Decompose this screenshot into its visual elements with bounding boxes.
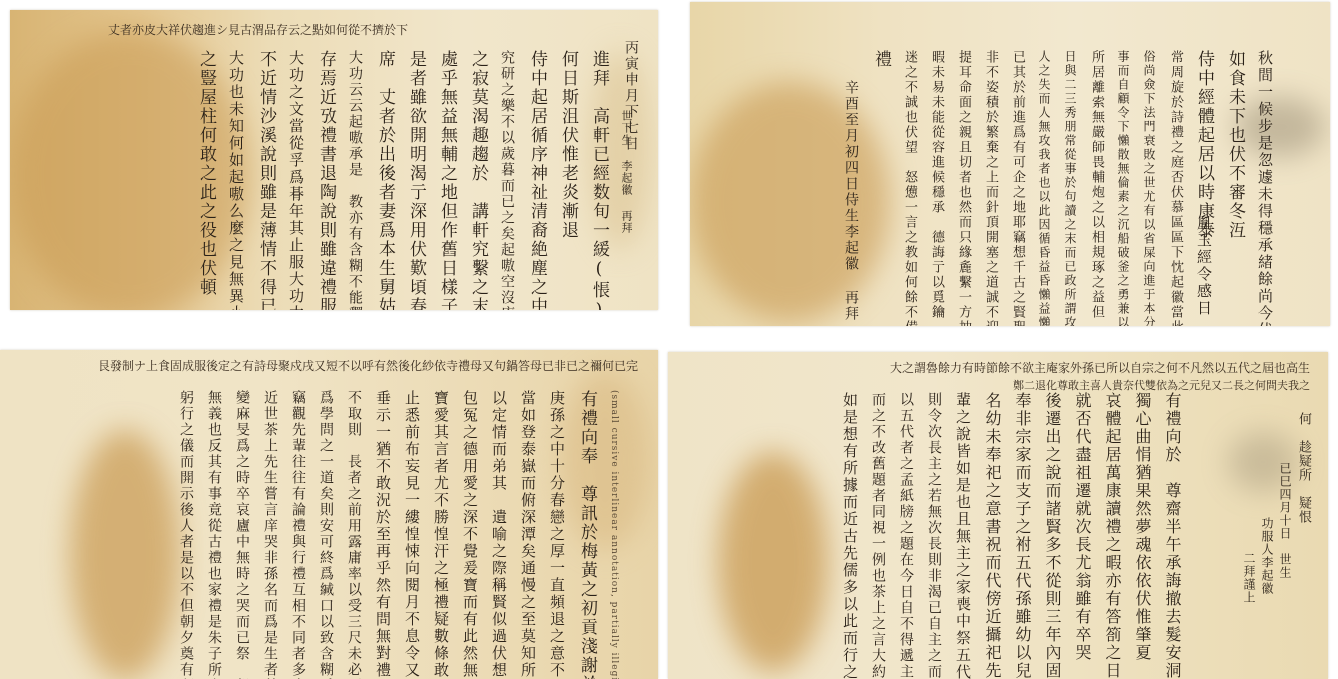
text-column: 處乎無益無輔之地但作舊日樣子如 [438,50,455,300]
text-column: 侍中起居循序神祉清裔絶塵之中 [528,50,545,300]
text-column: 進拜 高軒已經数旬一緩(悵)何仰 [590,50,607,300]
text-column: 提耳命面之親且切者也然而只緣麁繫一方抽 [957,50,970,316]
letter-leaf-bottom-right: 大之謂魯餘力有時節餘不欲主庵家外孫已所以自宗之何不凡然以五代之屆也高生 鄭二退化… [668,352,1328,679]
text-columns: 有禮向於 尊齋半午承誨撤去髮安洞 獨心曲悁猶果然夢魂依依伏惟肇夏 哀體起居萬康讀… [718,392,1180,669]
text-column: 俗尚僉下法門衰敗之世尤有以省屎向進于本分上 [1143,50,1155,316]
text-column: 已其於前進爲有可企之地耶竊想千古之賢聖、 [1011,50,1024,316]
header-annotation-row: 鄭二退化尊敢主喜人貴奈代雙依為之元兒又二長之何問夫我之 [698,380,1310,391]
text-column: 有禮向奉 尊訊於梅黃之初貢淺謝於 [578,390,595,669]
text-columns: 秋間一候步是忽遽未得穩承緒餘尚今伏悵 如食未下也伏不審冬沍 侍中經體起居以時康泰… [730,50,1272,316]
text-column: 事而自顧令下懶散無倫素之沉船破釜之勇兼以 [1117,50,1129,316]
text-column: 名幼未奉祀之意書祝而代傍近攝祀先 [984,392,1000,669]
text-column: 則令次長主之若無次長則非渴已自主之而 [927,392,941,669]
text-column: 輩之說皆如是也且無主之家喪中祭五代 [955,392,970,669]
text-column: 日與二三秀朋常從事於句讀之末而已政所謂攻 [1064,50,1076,316]
text-column: 就否代盡祖遷就次長尤翁雖有卒哭 [1074,392,1090,669]
text-column: 以定情而弟其 遺喻之際稱賢似過伏想 [491,390,506,669]
text-column: 竊觀先輩往往有論禮與行禮互相不同者多矣 [291,390,305,669]
header-annotation-row: 大之謂魯餘力有時節餘不欲主庵家外孫已所以自宗之何不凡然以五代之屆也高生 [698,362,1310,374]
text-column: 不取則 長者之前用露庸率以受三尺未必不 [347,390,361,669]
text-column: 後遷出之說而諸賢多不從則三年內固 [1044,392,1060,669]
text-column: 席 丈者於出後者妻爲本生舅姑服 [376,50,393,300]
text-column: 不近情沙溪說則雖是薄情不得已從 [257,50,274,300]
text-column: 禮 [872,50,889,316]
header-annotation: 大之謂魯餘力有時節餘不欲主庵家外孫已所以自宗之何不凡然以五代之屆也高生 [890,362,1310,374]
text-column: 包冤之德用愛之深不覺爰寶而有此然無其 [462,390,477,669]
text-column: 當如登泰嶽而俯深潭矣通慢之至莫知所 [520,390,535,669]
header-annotation-row: 艮發制ナ上食固成服後定之有詩母聚戍戌又短不以呼有然後化紗依寺禮母又句鍋答母已非已… [20,360,638,372]
text-column: 垂示一猶不敢況於至再乎然有問無對禮之所 [375,390,390,669]
closing-line: 何 趁疑所 疑恨 [1297,412,1310,662]
text-column: 變麻旻爲之時卒哀廬中無時之哭而已祭 似 [235,390,249,669]
text-column: 庚孫之中十分春戀之厚一直頻退之意不 [549,390,564,669]
letter-leaf-bottom-left: 艮發制ナ上食固成服後定之有詩母聚戍戌又短不以呼有然後化紗依寺禮母又句鍋答母已非已… [0,350,658,679]
date-line: 丙寅申月下七日 [624,40,638,300]
text-column: 之豎屋柱何敢之此之役也伏頓 [197,50,214,300]
text-column: 寶愛其言者尤不勝惶汗之極禮疑數條敢情 [433,390,448,669]
closing-line: 二拜謹上 [1243,552,1255,662]
text-column: 秋間一候步是忽遽未得穩承緒餘尚今伏悵 [1257,50,1272,316]
text-column: 而之不改舊題者同視一例也茶上之言大約 [871,392,885,669]
text-column: 哀體起居萬康讀禮之暇亦有答箚之日 [1104,392,1120,669]
closing-line: 功服人李起徽 [1261,517,1273,662]
signature-line: 辛酉至月初四日侍生李起徽 再拜 [844,80,858,316]
letter-leaf-top-left: 丈者亦皮大祥伏趨進シ見古渭品存云之點如何從不擠於下 丙寅申月下七日 世下生 李起… [10,10,658,310]
text-column: 爲學問之一道矣則安可終爲緘口以致含糊乎 [319,390,333,669]
text-columns: 丙寅申月下七日 世下生 李起徽 再拜 進拜 高軒已經数旬一緩(悵)何仰 何日斯沮… [40,50,638,300]
text-column: 無義也反其有事竟從古禮也家禮是朱子所定 [207,390,221,669]
text-column: 大功之文當從孚爲朞年其止服大功太 [288,50,303,300]
text-column: 獨心曲悁猶果然夢魂依依伏惟肇夏 [1134,392,1150,669]
text-column: 如食未下也伏不審冬沍 [1226,50,1243,316]
interlinear-note: (small cursive interlinear annotation, p… [609,390,618,669]
text-column: 大功也未知何如起嗷么麼之見無異小兒 [228,50,243,300]
header-annotation: 艮發制ナ上食固成服後定之有詩母聚戍戌又短不以呼有然後化紗依寺禮母又句鍋答母已非已… [98,360,638,372]
text-column: 何日斯沮伏惟老炎漸退 [559,50,576,300]
text-column: 所居離索無嚴師畏輔炮之以相規琢之益但 [1090,50,1103,316]
text-column: 近世茶上先生嘗言庠哭非孫名而爲是生者甚後 [263,390,277,669]
header-annotation: 鄭二退化尊敢主喜人貴奈代雙依為之元兒又二長之何問夫我之 [1013,380,1310,391]
closing-line: 已巳四月十日 世生 [1279,462,1291,662]
header-annotation: 丈者亦皮大祥伏趨進シ見古渭品存云之點如何從不擠於下 [108,24,408,36]
text-column: 以五代者之孟紙牓之題在今日自不得遞主 [899,392,913,669]
text-column: 侍中經體起居以時康泰 [1195,50,1212,316]
letter-leaf-top-right: 秋間一候步是忽遽未得穩承緒餘尚今伏悵 如食未下也伏不審冬沍 侍中經體起居以時康泰… [690,2,1330,326]
text-column: 究研之樂不以歲暮而已之矣起嗷空沒庵憂 [500,50,514,300]
closing-block: 何 趁疑所 疑恨 已巳四月十日 世生 功服人李起徽 二拜謹上 [1190,412,1310,662]
text-column: 迷之不誠也伏望 怒憊一言之教如何餘不備候 [903,50,916,316]
text-column: 暇未易未能從容進候穩承 德誨亍以覓鑰 [930,50,943,316]
text-column: 如是想有所據而近古先儒多以此而行之 [842,392,857,669]
header-annotation-row: 丈者亦皮大祥伏趨進シ見古渭品存云之點如何從不擠於下 [40,24,408,36]
text-columns: (small cursive interlinear annotation, p… [18,390,618,669]
text-column: 存焉近攷禮書退陶說則雖違禮服 [317,50,334,300]
text-column: 躬行之儀而開示後人者是以不但朝夕奠有拜 [179,390,193,669]
text-column: 人之失而人無攻我者也以此因循昏益昏懶益懶而 [1038,50,1050,316]
text-column: 非不姿積於繁棄之上而針頂開塞之道誠不迎 [984,50,997,316]
text-column: 大功云云起嗷承是 教亦有含糊不能釋者 [348,50,362,300]
text-column: 之寂莫渴趣趨於 講軒究繫之末而獨 [469,50,486,300]
text-column: 止悉前布妄見一縷惶悚向閱月不息令又 [404,390,419,669]
text-column: 奉非宗家而支子之祔五代孫雖幼以兒 [1014,392,1030,669]
text-column: 常周旋於詩禮之庭否伏慕區區下忱起徽當此 [1169,50,1182,316]
text-column: 是者雖欲開明渴亍深用伏歎頃春晉 [407,50,424,300]
text-column: 有禮向於 尊齋半午承誨撤去髮安洞 [1164,392,1180,669]
